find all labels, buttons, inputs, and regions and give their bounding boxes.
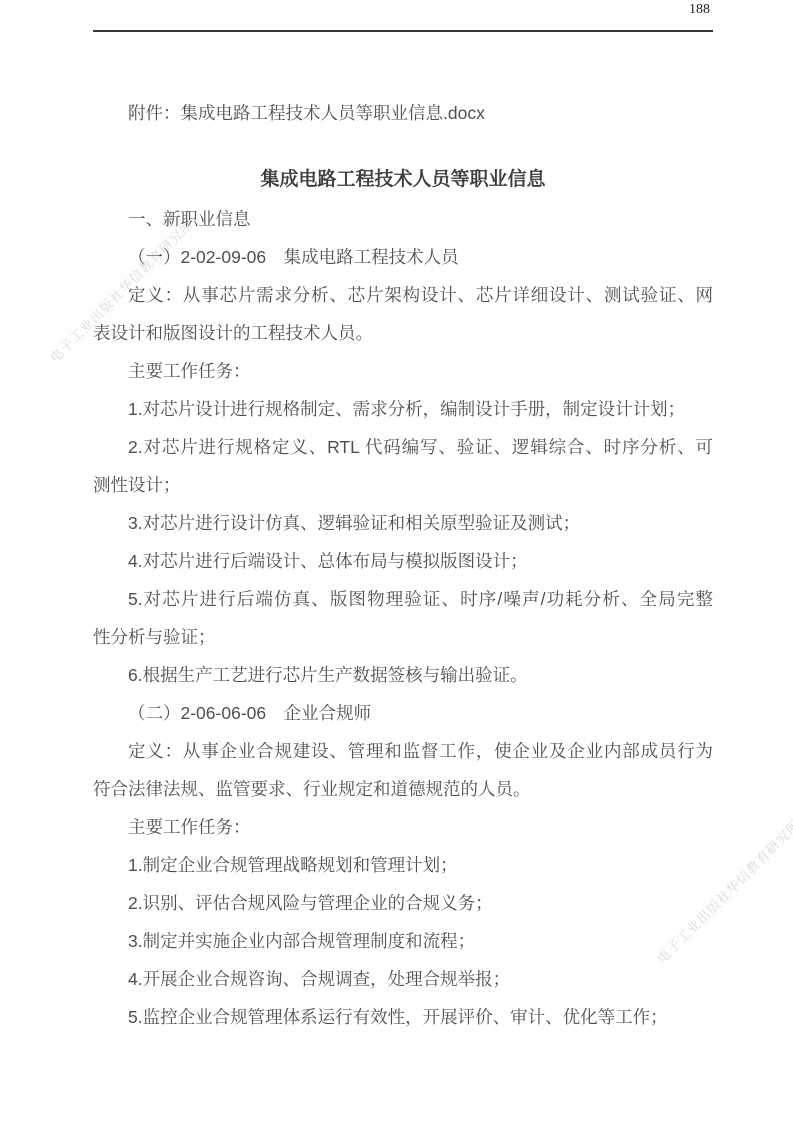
body-line-occupation-code: （二）2-06-06-06 企业合规师: [93, 694, 713, 732]
document-title: 集成电路工程技术人员等职业信息: [93, 161, 713, 199]
body-line: 符合法律法规、监管要求、行业规定和道德规范的人员。: [93, 770, 713, 808]
body-line: 4.对芯片进行后端设计、总体布局与模拟版图设计；: [93, 542, 713, 580]
body-line: 测性设计；: [93, 466, 713, 504]
body-line: 定义：从事芯片需求分析、芯片架构设计、芯片详细设计、测试验证、网: [93, 276, 713, 314]
body-line-occupation-code: （一）2-02-09-06 集成电路工程技术人员: [93, 238, 713, 276]
body-line: 2.对芯片进行规格定义、RTL 代码编写、验证、逻辑综合、时序分析、可: [93, 428, 713, 466]
body-line-section-heading: 一、新职业信息: [93, 200, 713, 238]
page-number: 188: [689, 2, 710, 18]
body-line: 1.对芯片设计进行规格制定、需求分析，编制设计手册，制定设计计划；: [93, 390, 713, 428]
body-line: 表设计和版图设计的工程技术人员。: [93, 314, 713, 352]
body-line: 主要工作任务：: [93, 808, 713, 846]
body-line: 2.识别、评估合规风险与管理企业的合规义务；: [93, 884, 713, 922]
body-line: 主要工作任务：: [93, 352, 713, 390]
header-rule: [93, 30, 713, 32]
body-line: 5.监控企业合规管理体系运行有效性，开展评价、审计、优化等工作；: [93, 998, 713, 1036]
document-page: 188 电子工业出版社华信教育研究所 电子工业出版社华信教育研究所 附件：集成电…: [0, 0, 793, 1122]
body-line: 3.对芯片进行设计仿真、逻辑验证和相关原型验证及测试；: [93, 504, 713, 542]
attachment-line: 附件：集成电路工程技术人员等职业信息.docx: [93, 94, 713, 132]
body-line: 5.对芯片进行后端仿真、版图物理验证、时序/噪声/功耗分析、全局完整: [93, 580, 713, 618]
body-line: 6.根据生产工艺进行芯片生产数据签核与输出验证。: [93, 656, 713, 694]
body-line: 性分析与验证；: [93, 618, 713, 656]
document-body: 一、新职业信息 （一）2-02-09-06 集成电路工程技术人员 定义：从事芯片…: [93, 200, 713, 1036]
body-line: 3.制定并实施企业内部合规管理制度和流程；: [93, 922, 713, 960]
body-line: 1.制定企业合规管理战略规划和管理计划；: [93, 846, 713, 884]
body-line: 定义：从事企业合规建设、管理和监督工作，使企业及企业内部成员行为: [93, 732, 713, 770]
body-line: 4.开展企业合规咨询、合规调查，处理合规举报；: [93, 960, 713, 998]
